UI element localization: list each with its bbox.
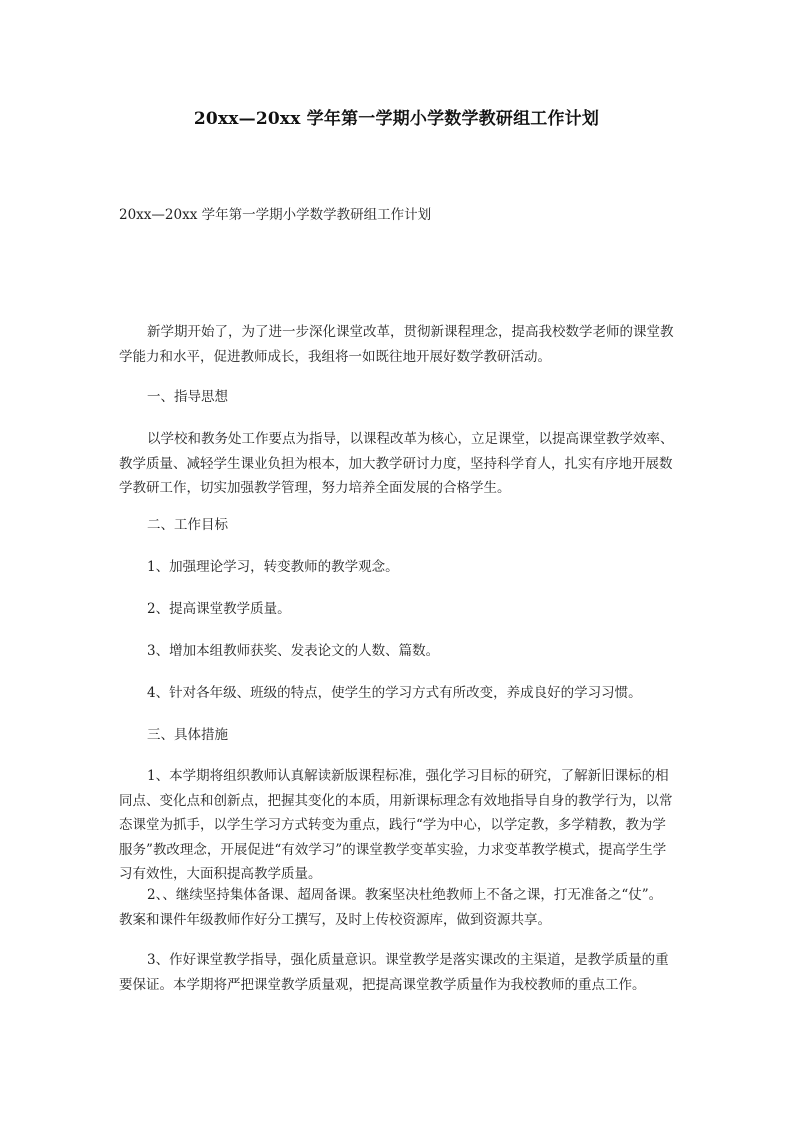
measure-paragraph-1: 1、本学期将组织教师认真解读新版课程标准，强化学习目标的研究，了解新旧课标的相同… (119, 764, 675, 887)
measure-paragraph-2: 2、、继续坚持集体备课、超周备课。教案坚决杜绝教师上不备之课，打无准备之“仗”。… (119, 883, 675, 932)
measure-text-2: 2、、继续坚持集体备课、超周备课。教案坚决杜绝教师上不备之课，打无准备之“仗”。… (119, 883, 675, 932)
measure-text-3: 3、作好课堂教学指导，强化质量意识。课堂教学是落实课改的主渠道，是教学质量的重要… (119, 948, 675, 997)
guiding-ideology-paragraph: 以学校和教务处工作要点为指导，以课程改革为核心，立足课堂，以提高课堂教学效率、教… (119, 427, 675, 501)
goal-item-4: 4、针对各年级、班级的特点，使学生的学习方式有所改变，养成良好的学习习惯。 (147, 681, 642, 701)
section-heading-guiding-ideology: 一、指导思想 (147, 385, 228, 405)
guiding-ideology-text: 以学校和教务处工作要点为指导，以课程改革为核心，立足课堂，以提高课堂教学效率、教… (119, 427, 675, 501)
measure-paragraph-3: 3、作好课堂教学指导，强化质量意识。课堂教学是落实课改的主渠道，是教学质量的重要… (119, 948, 675, 997)
goal-item-3: 3、增加本组教师获奖、发表论文的人数、篇数。 (147, 639, 439, 659)
measure-text-1: 1、本学期将组织教师认真解读新版课程标准，强化学习目标的研究，了解新旧课标的相同… (119, 764, 675, 887)
goal-item-1: 1、加强理论学习，转变教师的教学观念。 (147, 555, 399, 575)
document-subtitle: 20xx—20xx 学年第一学期小学数学教研组工作计划 (119, 203, 431, 223)
document-page: 20xx—20xx 学年第一学期小学数学教研组工作计划 20xx—20xx 学年… (0, 0, 793, 1122)
section-heading-measures: 三、具体措施 (147, 723, 228, 743)
document-title: 20xx—20xx 学年第一学期小学数学教研组工作计划 (0, 104, 793, 129)
intro-text: 新学期开始了，为了进一步深化课堂改革，贯彻新课程理念，提高我校数学老师的课堂教学… (119, 320, 675, 369)
goal-item-2: 2、提高课堂教学质量。 (147, 597, 291, 617)
intro-paragraph: 新学期开始了，为了进一步深化课堂改革，贯彻新课程理念，提高我校数学老师的课堂教学… (119, 320, 675, 369)
section-heading-work-goals: 二、工作目标 (147, 513, 228, 533)
